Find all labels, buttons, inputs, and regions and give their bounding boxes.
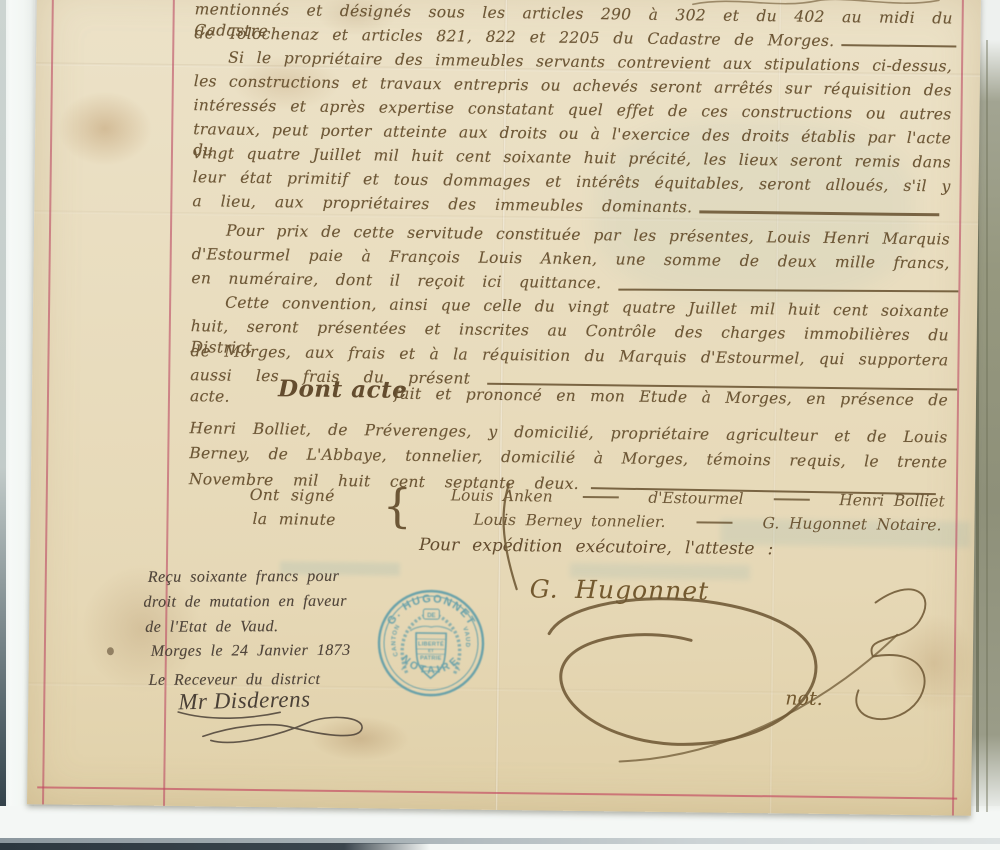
signature-flourish <box>856 589 926 720</box>
signature-flourish <box>548 597 817 746</box>
pen-flourishes <box>27 0 981 816</box>
receipt-flourish <box>203 716 362 744</box>
scanned-notarial-deed: mentionnés et désignés sous les articles… <box>0 0 1000 850</box>
receipt-underline <box>178 711 280 719</box>
scan-bottom-dark-strip <box>0 843 430 850</box>
scan-left-edge-shadow <box>0 0 6 850</box>
top-cut-line-fragment <box>693 0 939 7</box>
document-page: mentionnés et désignés sous les articles… <box>27 0 981 816</box>
stray-stroke <box>503 484 518 589</box>
